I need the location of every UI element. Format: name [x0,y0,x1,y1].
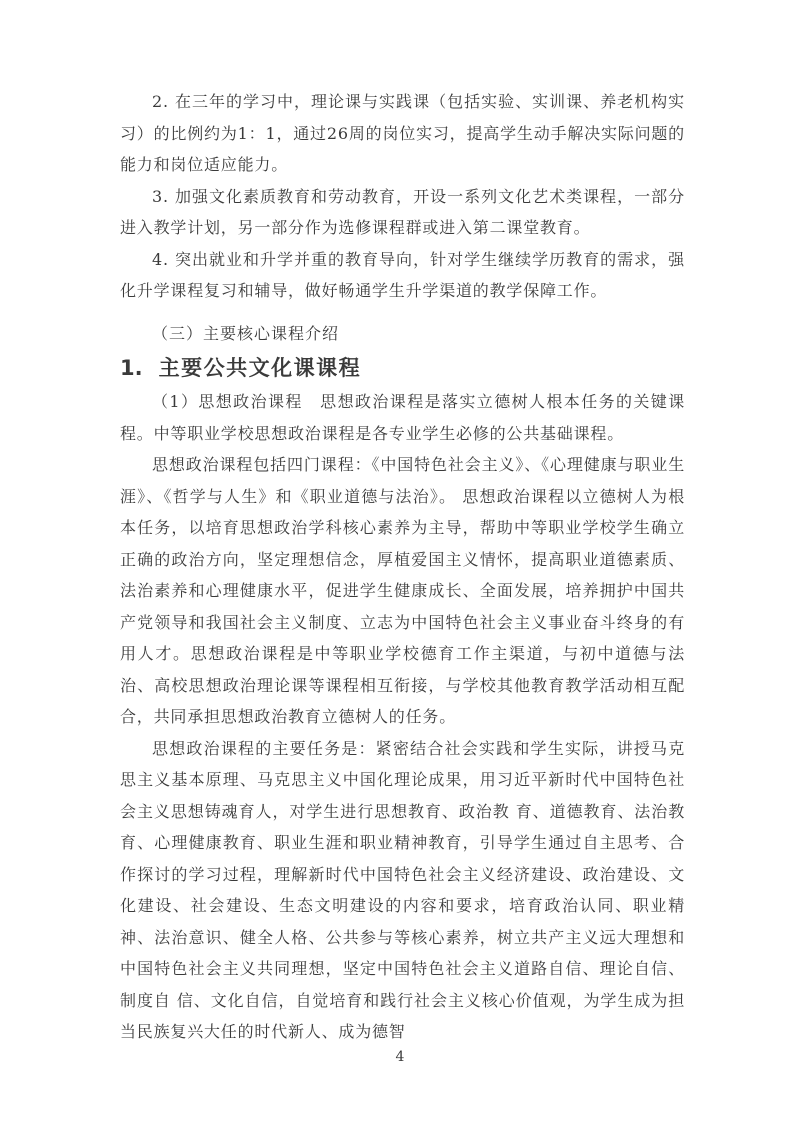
paragraph-four-courses: 思想政治课程包括四门课程：《中国特色社会主义》、《心理健康与职业生涯》、《哲学与… [120,449,685,733]
paragraph-employment-advancement: 4. 突出就业和升学并重的教育导向，针对学生继续学历教育的需求，强化升学课程复习… [120,244,685,307]
section-heading-core-courses: （三）主要核心课程介绍 [120,318,685,350]
paragraph-learning-ratio: 2. 在三年的学习中，理论课与实践课（包括实验、实训课、养老机构实习）的比例约为… [120,86,685,181]
chapter-heading-public-culture-courses: 1. 主要公共文化课课程 [120,352,685,384]
paragraph-culture-education: 3. 加强文化素质教育和劳动教育，开设一系列文化艺术类课程，一部分进入教学计划，… [120,181,685,244]
paragraph-ideological-politics-intro: （1）思想政治课程 思想政治课程是落实立德树人根本任务的关键课程。中等职业学校思… [120,386,685,449]
page-number: 4 [0,1049,800,1065]
chapter-heading-number: 1. [120,352,143,384]
paragraph-main-tasks: 思想政治课程的主要任务是：紧密结合社会实践和学生实际，讲授马克思主义基本原理、马… [120,733,685,1048]
document-page: 2. 在三年的学习中，理论课与实践课（包括实验、实训课、养老机构实习）的比例约为… [0,0,800,1131]
document-content: 2. 在三年的学习中，理论课与实践课（包括实验、实训课、养老机构实习）的比例约为… [120,86,685,1048]
chapter-heading-title: 主要公共文化课课程 [159,352,362,384]
